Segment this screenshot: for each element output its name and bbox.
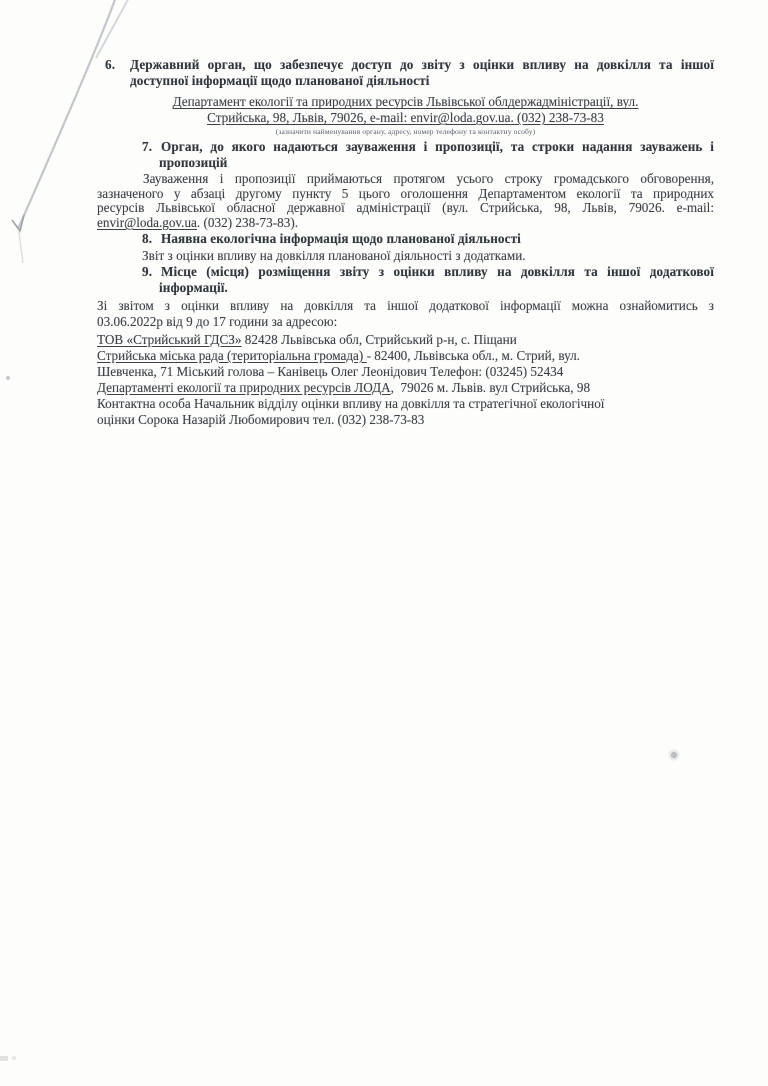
report-access-line2: 03.06.2022р від 9 до 17 години за адресо…: [97, 314, 714, 330]
item7-paragraph-line4-rest: . (032) 238-73-83).: [197, 215, 298, 230]
bottom-left-mark: [0, 1056, 8, 1061]
report-access-paragraph: Зі звітом з оцінки впливу на довкілля та…: [97, 298, 714, 330]
item6-heading-line1-row: 6. Державний орган, що забезпечує доступ…: [97, 57, 714, 73]
item7-paragraph-line1: Зауваження і пропозиції приймаються прот…: [97, 172, 714, 187]
item9-heading-line1: Місце (місця) розміщення звіту з оцінки …: [97, 264, 714, 280]
fold-line-kink-mark: [12, 215, 24, 231]
item7-heading-line2: пропозицій: [97, 155, 714, 171]
right-gray-speck-halo: [669, 750, 680, 761]
department-address-line1: Департамент екології та природних ресурс…: [173, 94, 639, 109]
item8-heading-row: 8. Наявна екологічна інформація щодо пла…: [97, 231, 714, 247]
department-address-line2: Стрийська, 98, Львів, 79026, e-mail: env…: [207, 110, 604, 125]
right-gray-speck: [671, 752, 677, 758]
email-link-text: envir@loda.gov.ua: [97, 215, 197, 230]
contact-person-line2: оцінки Сорока Назарій Любомирович тел. (…: [97, 412, 714, 428]
tov-name-underlined: ТОВ «Стрийський ГДСЗ»: [97, 332, 242, 347]
department-address-rest: , 79026 м. Львів. вул Стрийська, 98: [391, 380, 590, 395]
rada-address-rest: - 82400, Львівська обл., м. Стрий, вул.: [367, 348, 580, 363]
left-edge-speck: [6, 376, 10, 380]
item7-heading-line1-row: 7. Орган, до якого надаються зауваження …: [97, 139, 714, 155]
item9-number: 9.: [142, 264, 152, 280]
item9-heading-line2: інформації.: [97, 280, 714, 296]
department-address-block: Департамент екології та природних ресурс…: [97, 94, 714, 125]
fold-line-secondary-stroke: [96, 0, 131, 58]
department-name-underlined: Департаменті екології та природних ресур…: [97, 380, 391, 395]
document-body: 6. Державний орган, що забезпечує доступ…: [97, 57, 714, 428]
item8-heading: Наявна екологічна інформація щодо планов…: [97, 231, 714, 247]
item7-heading-line1: Орган, до якого надаються зауваження і п…: [97, 139, 714, 155]
rada-name-underlined: Стрийська міська рада (територіальна гро…: [97, 348, 367, 363]
item6-heading-line2: доступної інформації щодо планованої дія…: [97, 73, 714, 89]
address-line-department: Департаменті екології та природних ресур…: [97, 380, 714, 396]
bottom-left-dot: [12, 1056, 16, 1060]
scanned-document-page: 6. Державний орган, що забезпечує доступ…: [0, 0, 768, 1086]
address-line-tov: ТОВ «Стрийський ГДСЗ» 82428 Львівська об…: [97, 332, 714, 348]
item8-number: 8.: [142, 231, 152, 247]
address-list: ТОВ «Стрийський ГДСЗ» 82428 Львівська об…: [97, 332, 714, 429]
item7-paragraph-line3: ресурсів Львівської обласної державної а…: [97, 201, 714, 216]
form-footnote: (зазначити найменування органу, адресу, …: [97, 127, 714, 136]
item7-paragraph-line4: envir@loda.gov.ua. (032) 238-73-83).: [97, 216, 714, 231]
item7-paragraph: Зауваження і пропозиції приймаються прот…: [97, 172, 714, 230]
fold-line-faint-tail: [19, 232, 23, 263]
report-access-line1: Зі звітом з оцінки впливу на довкілля та…: [97, 298, 714, 314]
item8-body: Звіт з оцінки впливу на довкілля планова…: [97, 248, 714, 264]
address-line-mayor: Шевченка, 71 Міський голова – Канівець О…: [97, 364, 714, 380]
item7-paragraph-line2: зазначеного у абзаці другому пункту 5 ць…: [97, 187, 714, 202]
contact-person-line1: Контактна особа Начальник відділу оцінки…: [97, 396, 714, 412]
item9-heading-line1-row: 9. Місце (місця) розміщення звіту з оцін…: [97, 264, 714, 280]
address-line-rada: Стрийська міська рада (територіальна гро…: [97, 348, 714, 364]
item7-number: 7.: [142, 139, 152, 155]
item6-number: 6.: [105, 57, 115, 73]
tov-address-rest: 82428 Львівська обл, Стрийський р-н, с. …: [242, 332, 517, 347]
item6-heading-line1: Державний орган, що забезпечує доступ до…: [97, 57, 714, 73]
